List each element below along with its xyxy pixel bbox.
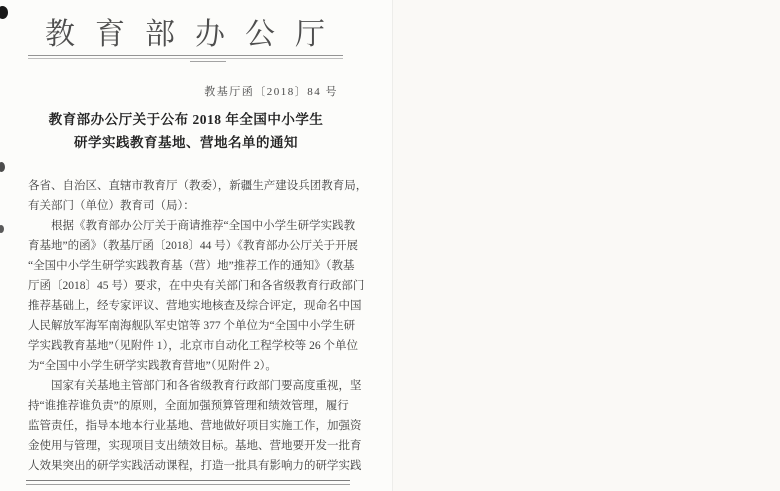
body-text-line: 持“谁推荐谁负责”的原则，全面加强预算管理和绩效管理，履行 bbox=[28, 396, 367, 416]
body-text-line: 监管责任，指导本地本行业基地、营地做好项目实施工作，加强资 bbox=[28, 416, 367, 436]
body-text-line: 国家有关基地主管部门和各省级教育行政部门要高度重视，坚 bbox=[28, 376, 367, 396]
notice-title-line-1: 教育部办公厅关于公布 2018 年全国中小学生 bbox=[10, 108, 362, 131]
page-1-footer-rule bbox=[26, 480, 350, 485]
body-text-line: 金使用与管理，实现项目支出绩效目标。基地、营地要开发一批育 bbox=[28, 436, 367, 456]
letterhead-rule-center-mark bbox=[190, 61, 226, 62]
body-text-line: 人效果突出的研学实践活动课程，打造一批具有影响力的研学实践 bbox=[28, 456, 367, 476]
body-text-line: “全国中小学生研学实践教育基（营）地”推荐工作的通知》（教基 bbox=[28, 256, 367, 276]
body-text-line: 人民解放军海军南海舰队军史馆等 377 个单位为“全国中小学生研 bbox=[28, 316, 367, 336]
body-text-line: 厅函〔2018〕45 号）要求，在中央有关部门和各省级教育行政部门 bbox=[28, 276, 367, 296]
body-text-line: 育基地”的函》（教基厅函〔2018〕44 号）《教育部办公厅关于开展 bbox=[28, 236, 367, 256]
body-text-line: 各省、自治区、直辖市教育厅（教委），新疆生产建设兵团教育局， bbox=[28, 176, 367, 196]
page-1-body-text: 各省、自治区、直辖市教育厅（教委），新疆生产建设兵团教育局，有关部门（单位）教育… bbox=[28, 176, 367, 476]
notice-title: 教育部办公厅关于公布 2018 年全国中小学生 研学实践教育基地、营地名单的通知 bbox=[10, 108, 362, 154]
document-page-1: 教育部办公厅 教基厅函〔2018〕84 号 教育部办公厅关于公布 2018 年全… bbox=[0, 0, 392, 491]
notice-title-line-2: 研学实践教育基地、营地名单的通知 bbox=[10, 131, 362, 154]
body-text-line: 根据《教育部办公厅关于商请推荐“全国中小学生研学实践教 bbox=[28, 216, 367, 236]
document-page-2: 精品线路；建立一套管理规范、责任清晰、筹资多元、保障安全的研学实践工作机制，构建… bbox=[393, 0, 780, 491]
document-number: 教基厅函〔2018〕84 号 bbox=[28, 83, 338, 99]
body-text-line: 为“全国中小学生研学实践教育营地”（见附件 2）。 bbox=[28, 356, 367, 376]
body-text-line: 有关部门（单位）教育司（局）： bbox=[28, 196, 367, 216]
body-text-line: 推荐基础上，经专家评议、营地实地核查及综合评定，现命名中国 bbox=[28, 296, 367, 316]
letterhead-rule bbox=[28, 55, 343, 59]
scanned-document-spread: 教育部办公厅 教基厅函〔2018〕84 号 教育部办公厅关于公布 2018 年全… bbox=[0, 0, 780, 491]
letterhead-title: 教育部办公厅 bbox=[45, 9, 345, 53]
body-text-line: 学实践教育基地”（见附件 1），北京市自动化工程学校等 26 个单位 bbox=[28, 336, 367, 356]
